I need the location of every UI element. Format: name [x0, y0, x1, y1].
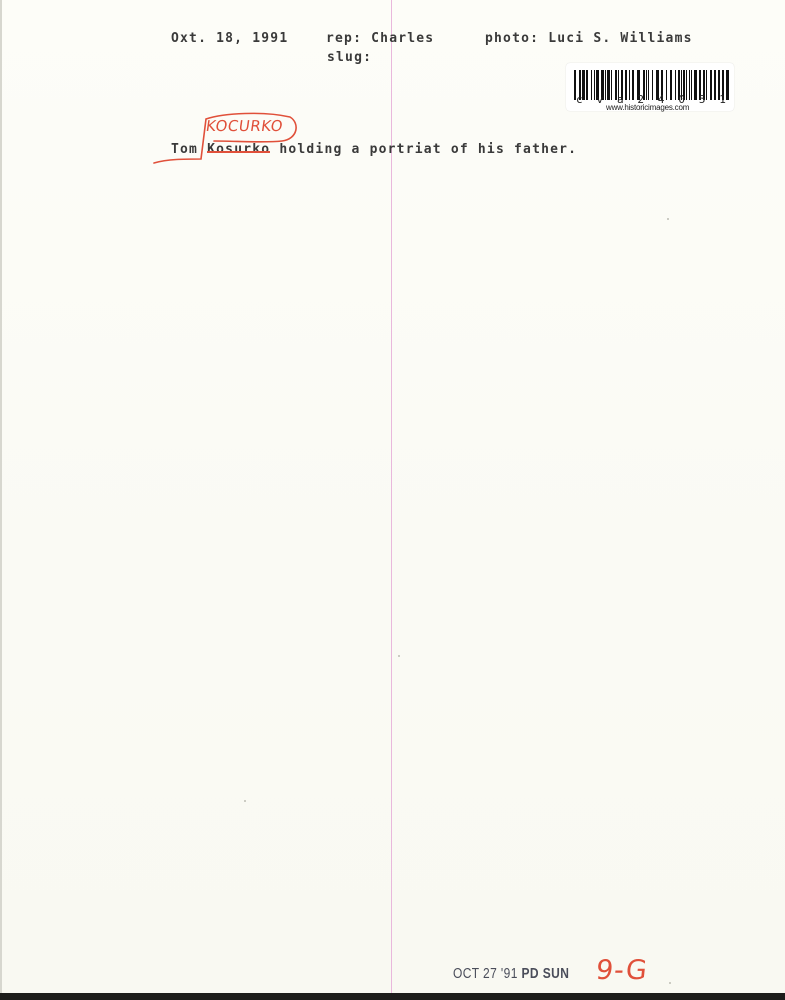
- slug-label: slug:: [327, 50, 372, 65]
- stamp-date: OCT 27 '91: [453, 965, 518, 982]
- stamp-pub: PD: [522, 965, 539, 982]
- barcode-sticker: cva24051 www.historicimages.com: [566, 63, 734, 111]
- handwritten-correction: KOCURKO: [198, 115, 296, 141]
- struck-name: Kosurko: [207, 142, 270, 157]
- paper-left-edge: [0, 0, 2, 1000]
- barcode-site: www.historicimages.com: [606, 103, 689, 112]
- photo-label: photo:: [485, 31, 539, 46]
- photo-value: Luci S. Williams: [548, 31, 692, 46]
- barcode-char: c: [576, 93, 583, 106]
- paper-speck: [398, 655, 400, 657]
- caption-text: Tom Kosurko holding a portriat of his fa…: [171, 142, 577, 157]
- barcode-char: 5: [699, 93, 706, 106]
- paper-speck: [669, 982, 671, 984]
- rep-label: rep:: [326, 31, 362, 46]
- page-mark: 9-G: [594, 955, 649, 986]
- paper-speck: [667, 218, 669, 220]
- date-text: Oxt. 18, 1991: [171, 31, 288, 46]
- scan-bottom-edge: [0, 993, 785, 1000]
- barcode-char: v: [596, 93, 603, 106]
- caption-suffix: holding a portriat of his father.: [270, 142, 577, 157]
- rep-value: Charles: [371, 31, 434, 46]
- photo-back-paper: Oxt. 18, 1991 rep: Charles slug: photo: …: [0, 0, 785, 993]
- date-stamp: OCT 27 '91 PD SUN: [453, 965, 569, 982]
- stamp-edition: SUN: [543, 965, 570, 982]
- photographer-field: photo: Luci S. Williams: [485, 31, 693, 46]
- caption-prefix: Tom: [171, 142, 207, 157]
- correction-text: KOCURKO: [205, 117, 285, 135]
- paper-speck: [244, 800, 246, 802]
- reporter-field: rep: Charles: [326, 31, 434, 46]
- barcode-char: 1: [719, 93, 726, 106]
